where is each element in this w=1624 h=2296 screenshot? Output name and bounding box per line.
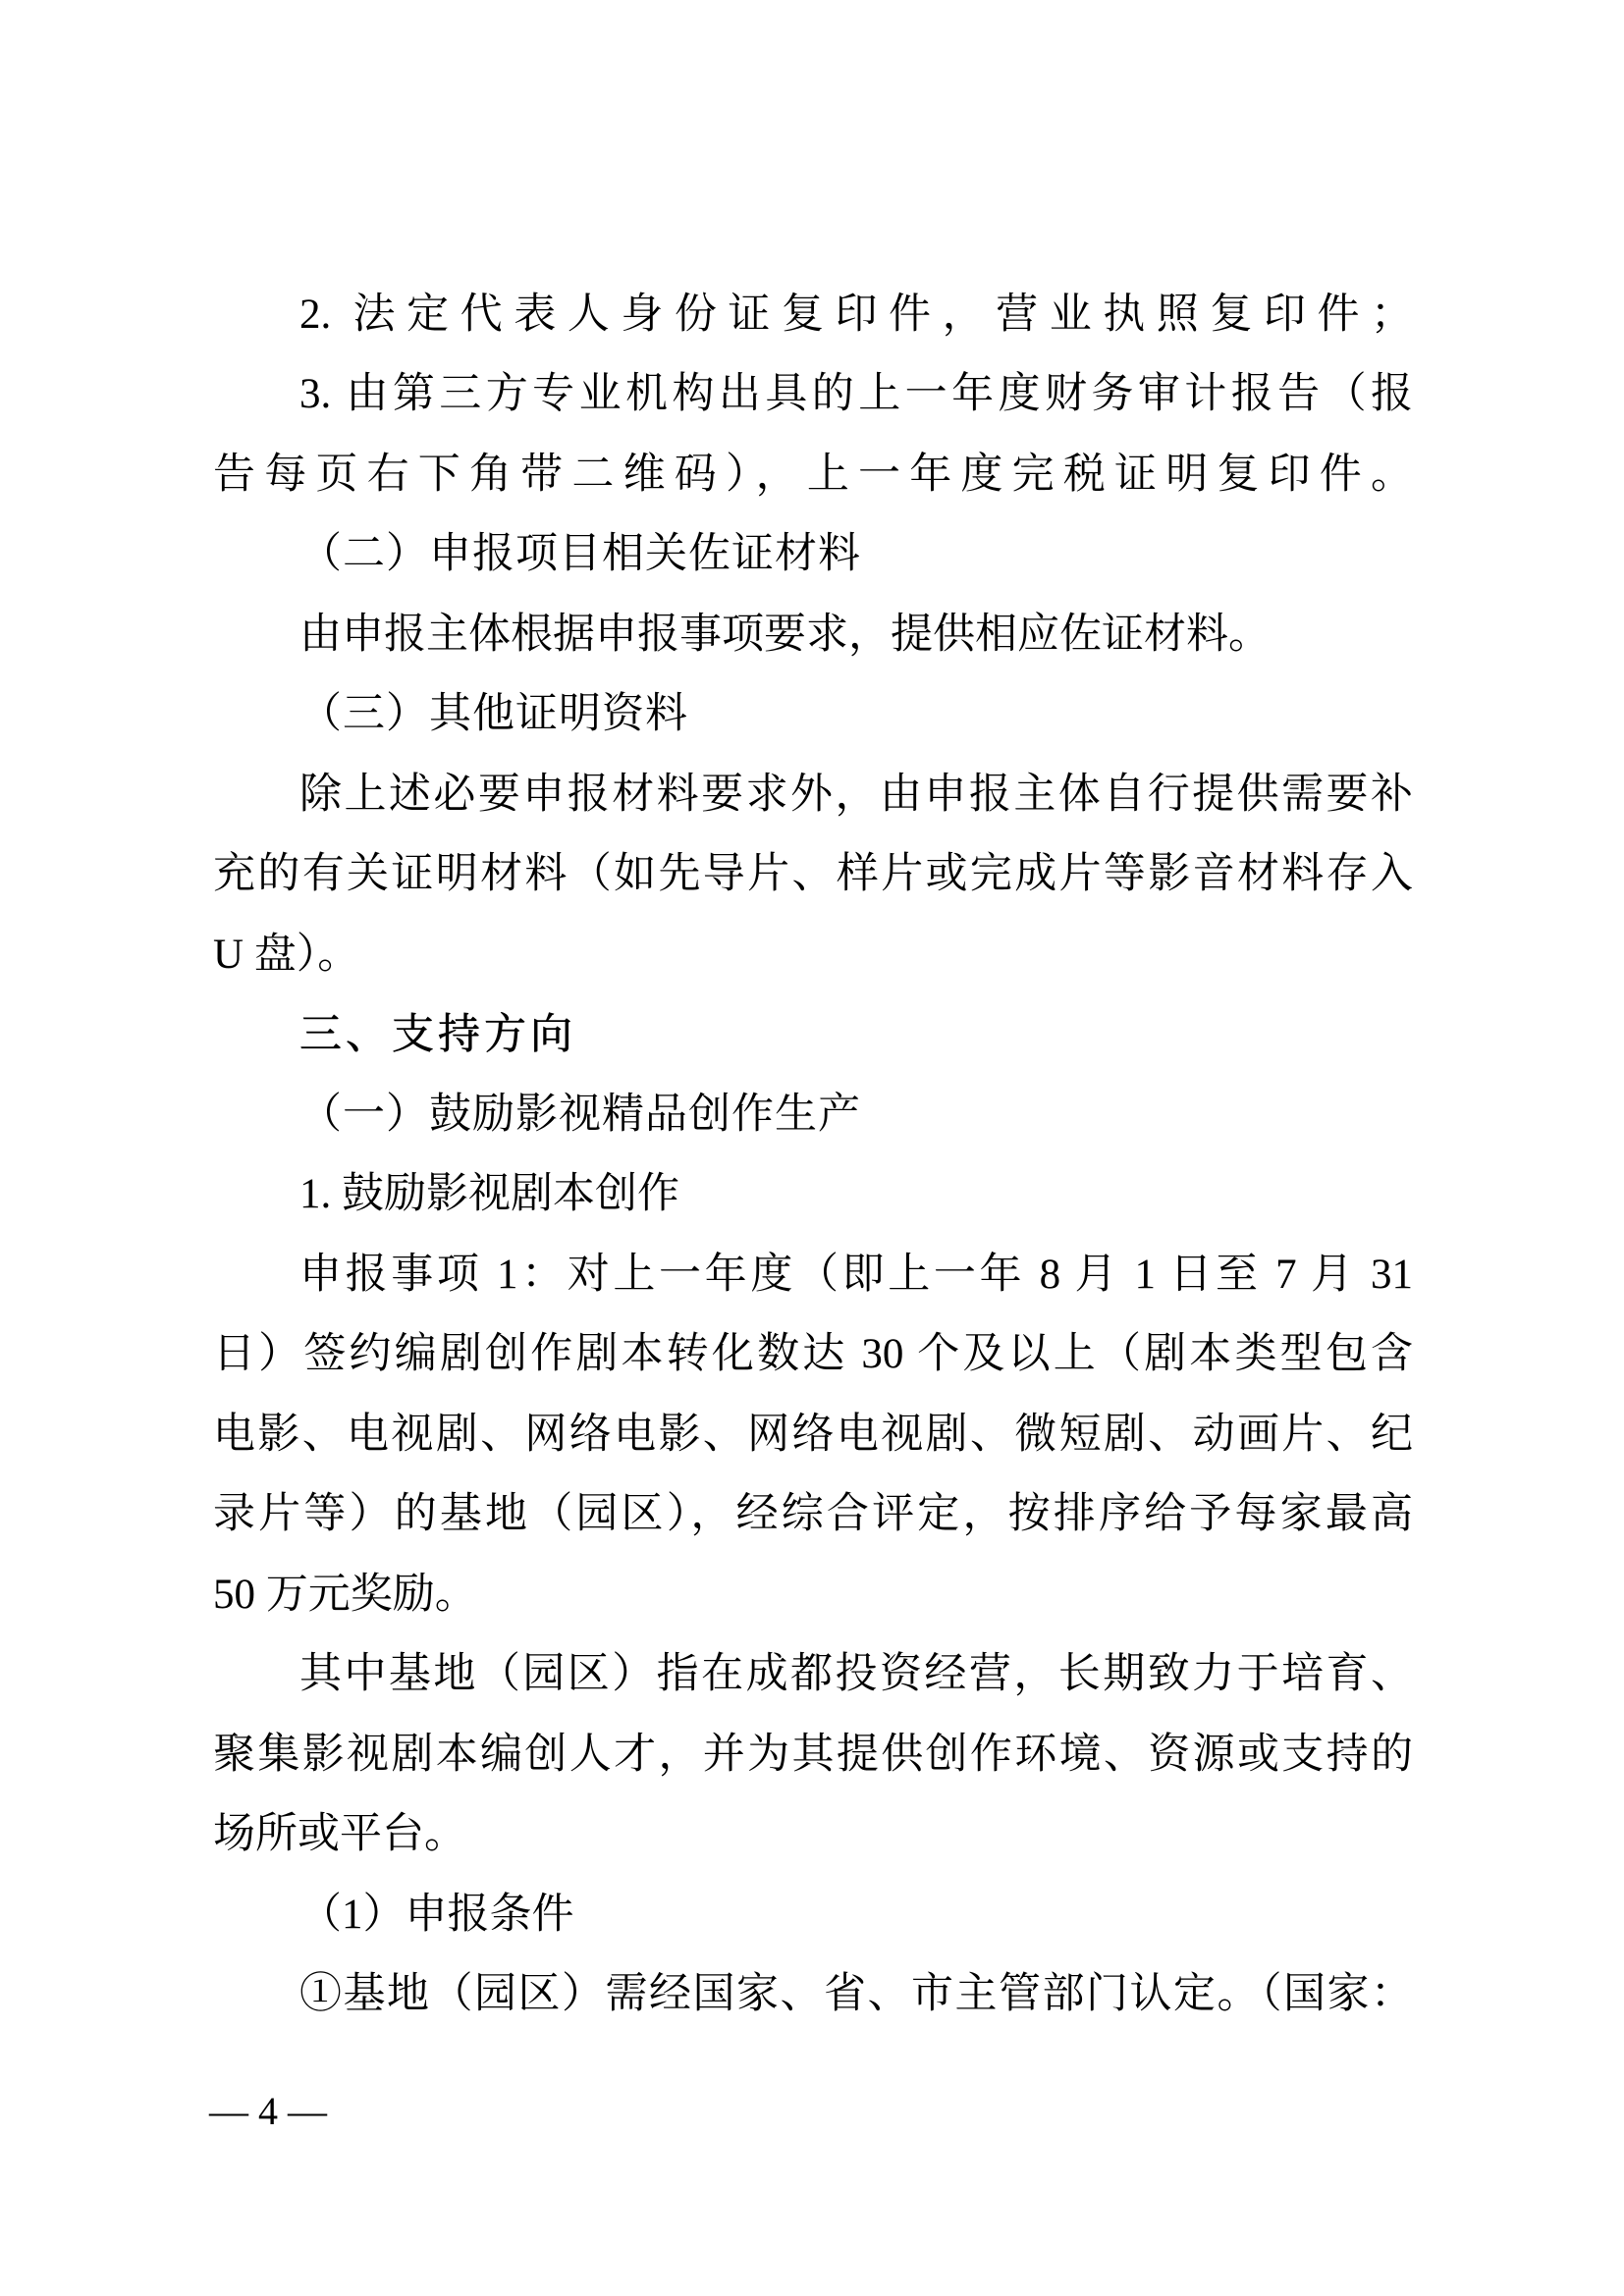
subheading-other-proof: （三）其他证明资料: [299, 685, 1413, 744]
paragraph-base-definition-line2: 聚集影视剧本编创人才，并为其提供创作环境、资源或支持的: [213, 1726, 1413, 1785]
paragraph-other-proof: 除上述必要申报材料要求外，由申报主体自行提供需要补: [299, 766, 1413, 825]
paragraph-declaration-item-1-line3: 电影、电视剧、网络电影、网络电视剧、微短剧、动画片、纪: [213, 1406, 1413, 1465]
list-item-encourage-script-writing: 1. 鼓励影视剧本创作: [299, 1165, 1413, 1224]
subheading-encourage-quality-production: （一）鼓励影视精品创作生产: [299, 1086, 1413, 1145]
paragraph-declaration-item-1-line2: 日）签约编剧创作剧本转化数达 30 个及以上（剧本类型包含: [213, 1325, 1413, 1384]
section-heading-support-direction: 三、支持方向: [299, 1005, 1413, 1064]
paragraph-other-proof-line2: 充的有关证明材料（如先导片、样片或完成片等影音材料存入: [213, 845, 1413, 904]
subheading-application-conditions: （1）申报条件: [299, 1886, 1413, 1945]
list-item-id-copies: 2. 法定代表人身份证复印件，营业执照复印件；: [299, 286, 1413, 345]
page-number: — 4 —: [209, 2089, 327, 2134]
document-page: 2. 法定代表人身份证复印件，营业执照复印件； 3. 由第三方专业机构出具的上一…: [0, 0, 1624, 2296]
paragraph-base-definition: 其中基地（园区）指在成都投资经营，长期致力于培育、: [299, 1645, 1413, 1704]
paragraph-condition-1: ①基地（园区）需经国家、省、市主管部门认定。（国家：: [299, 1965, 1413, 2024]
list-item-audit-report-continued: 告每页右下角带二维码），上一年度完税证明复印件。: [213, 446, 1413, 505]
paragraph-base-definition-line3: 场所或平台。: [213, 1805, 1413, 1864]
paragraph-supporting-materials: 由申报主体根据申报事项要求，提供相应佐证材料。: [299, 606, 1413, 665]
paragraph-declaration-item-1-line4: 录片等）的基地（园区），经综合评定，按排序给予每家最高: [213, 1485, 1413, 1544]
paragraph-other-proof-line3: U 盘）。: [213, 926, 1413, 985]
paragraph-declaration-item-1: 申报事项 1：对上一年度（即上一年 8 月 1 日至 7 月 31: [299, 1246, 1413, 1305]
subheading-supporting-materials: （二）申报项目相关佐证材料: [299, 525, 1413, 584]
paragraph-declaration-item-1-line5: 50 万元奖励。: [213, 1566, 1413, 1625]
list-item-audit-report: 3. 由第三方专业机构出具的上一年度财务审计报告（报: [299, 365, 1413, 424]
